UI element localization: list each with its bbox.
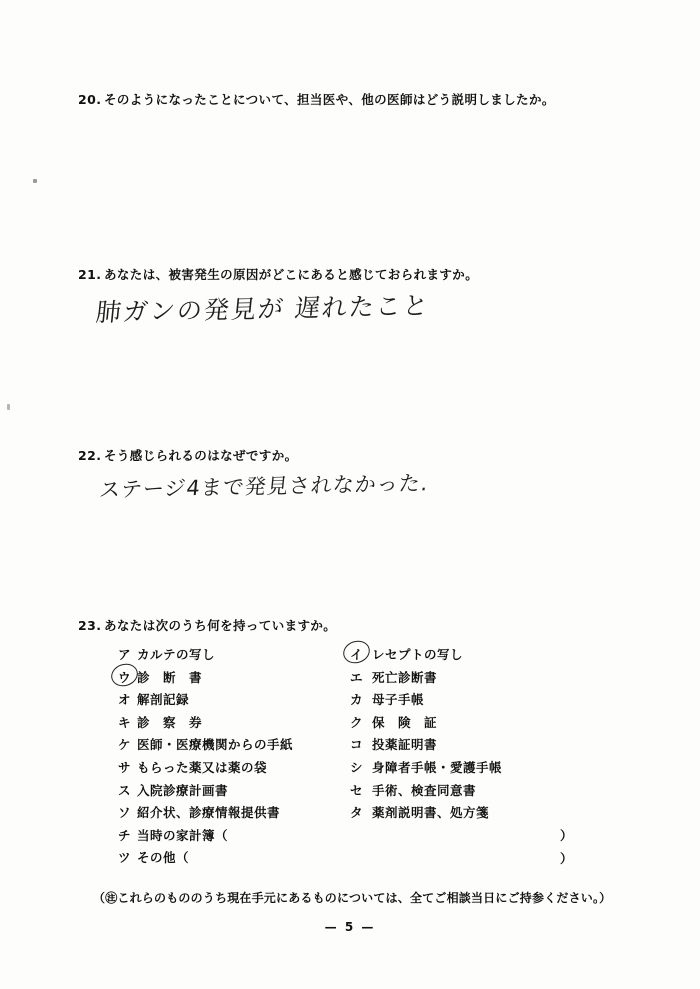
question-23: 23.あなたは次のうち何を持っていますか。 — [78, 616, 336, 634]
checklist-item: ケ 医師・医療機関からの手紙 — [118, 735, 293, 758]
checklist-item: ツ その他（ — [118, 848, 293, 871]
item-label: 当時の家計簿（ — [137, 826, 228, 844]
item-key: カ — [350, 690, 372, 708]
handwritten-answer-22: ステージ4まで発見されなかった. — [98, 467, 430, 504]
question-23-number: 23. — [78, 618, 104, 633]
item-label: 投薬証明書 — [372, 735, 437, 753]
item-key: キ — [118, 713, 137, 731]
item-label: レセプトの写し — [372, 645, 463, 663]
item-label: 手術、検査同意書 — [372, 781, 476, 799]
item-label: 診 察 券 — [137, 713, 202, 731]
checklist-item: ソ 紹介状、診療情報提供書 — [118, 803, 293, 826]
item-key: ア — [118, 645, 137, 663]
item-label: 身障者手帳・愛護手帳 — [372, 758, 502, 776]
checklist-left-column: ア カルテの写し ウ 診 断 書 オ 解剖記録 キ 診 察 券 ケ 医師・医療機… — [118, 645, 293, 871]
item-key: サ — [118, 758, 137, 776]
question-22: 22.そう感じられるのはなぜですか。 — [78, 446, 298, 464]
question-22-number: 22. — [78, 448, 104, 463]
item-label: 解剖記録 — [137, 690, 189, 708]
question-20-text: そのようになったことについて、担当医や、他の医師はどう説明しましたか。 — [104, 92, 555, 107]
scanned-questionnaire-page: { "page": { "page_number": "— 5 —", "ink… — [0, 0, 700, 989]
item-key: コ — [350, 735, 372, 753]
checklist-item: セ 手術、検査同意書 — [350, 781, 502, 804]
checklist-item: コ 投薬証明書 — [350, 735, 502, 758]
checklist-item: サ もらった薬又は薬の袋 — [118, 758, 293, 781]
checklist-right-column: イ レセプトの写し エ 死亡診断書 カ 母子手帳 ク 保 険 証 コ 投薬証明書… — [350, 645, 502, 826]
item-label: 入院診療計画書 — [137, 781, 228, 799]
item-key: エ — [350, 668, 372, 686]
checklist-item: チ 当時の家計簿（ — [118, 826, 293, 849]
item-key-circled: イ — [350, 645, 372, 663]
question-23-text: あなたは次のうち何を持っていますか。 — [104, 618, 336, 633]
close-paren-kakeibo: ） — [560, 826, 573, 844]
checklist-item: キ 診 察 券 — [118, 713, 293, 736]
item-label: もらった薬又は薬の袋 — [137, 758, 267, 776]
item-label: 紹介状、診療情報提供書 — [137, 803, 280, 821]
handwritten-answer-21: 肺ガンの発見が 遅れたこと — [94, 286, 432, 329]
checklist-item: ウ 診 断 書 — [118, 668, 293, 691]
item-label: カルテの写し — [137, 645, 215, 663]
checklist-item: カ 母子手帳 — [350, 690, 502, 713]
item-key: チ — [118, 826, 137, 844]
checklist-item: エ 死亡診断書 — [350, 668, 502, 691]
item-key: オ — [118, 690, 137, 708]
item-label: 保 険 証 — [372, 713, 437, 731]
bring-documents-note: （㊟これらのもののうち現在手元にあるものについては、全てご相談当日にご持参くださ… — [93, 889, 611, 906]
checklist-item: ス 入院診療計画書 — [118, 781, 293, 804]
question-21-number: 21. — [78, 267, 104, 282]
scan-speck — [33, 179, 37, 183]
item-label: その他（ — [137, 848, 189, 866]
question-20-number: 20. — [78, 92, 104, 107]
question-22-text: そう感じられるのはなぜですか。 — [104, 448, 298, 463]
question-21: 21.あなたは、被害発生の原因がどこにあると感じておられますか。 — [78, 265, 478, 283]
item-label: 医師・医療機関からの手紙 — [137, 735, 293, 753]
question-20: 20.そのようになったことについて、担当医や、他の医師はどう説明しましたか。 — [78, 90, 555, 108]
page-number: — 5 — — [0, 920, 700, 934]
item-key: ソ — [118, 803, 137, 821]
item-key: ケ — [118, 735, 137, 753]
close-paren-other: ） — [560, 849, 573, 867]
item-label: 母子手帳 — [372, 690, 424, 708]
item-key: ツ — [118, 848, 137, 866]
item-label: 診 断 書 — [137, 668, 202, 686]
item-key: ス — [118, 781, 137, 799]
checklist-item: オ 解剖記録 — [118, 690, 293, 713]
item-key: タ — [350, 803, 372, 821]
item-label: 死亡診断書 — [372, 668, 437, 686]
scan-speck — [7, 404, 10, 410]
item-key: シ — [350, 758, 372, 776]
item-label: 薬剤説明書、処方箋 — [372, 803, 489, 821]
checklist-item: イ レセプトの写し — [350, 645, 502, 668]
checklist-item: ア カルテの写し — [118, 645, 293, 668]
item-key: セ — [350, 781, 372, 799]
checklist-item: ク 保 険 証 — [350, 713, 502, 736]
item-key: ク — [350, 713, 372, 731]
checklist-item: シ 身障者手帳・愛護手帳 — [350, 758, 502, 781]
item-key-circled: ウ — [118, 668, 137, 686]
question-21-text: あなたは、被害発生の原因がどこにあると感じておられますか。 — [104, 267, 478, 282]
checklist-item: タ 薬剤説明書、処方箋 — [350, 803, 502, 826]
